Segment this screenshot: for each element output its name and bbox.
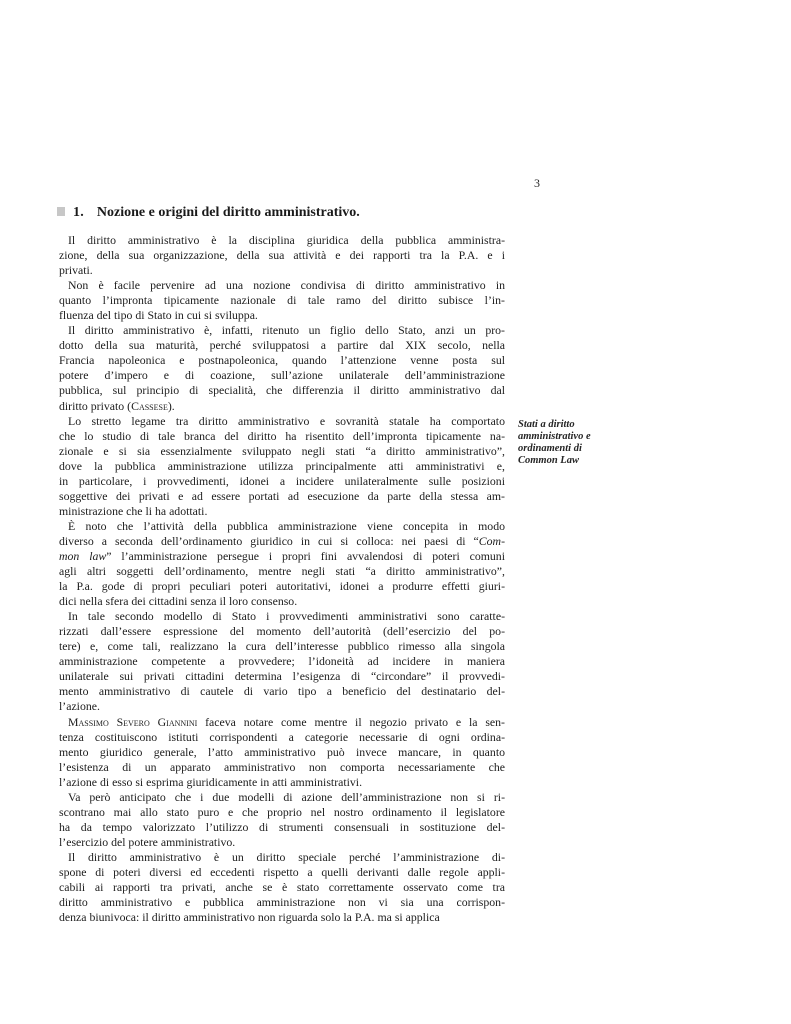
text-segment: Il diritto amministrativo è la disciplin… [68, 233, 505, 247]
text-line: Il diritto amministrativo è la disciplin… [59, 233, 505, 248]
text-line: rizzati dall’essere espressione del mome… [59, 624, 505, 639]
text-line: ha da tempo valorizzato l’utilizzo di st… [59, 820, 505, 835]
text-segment: diverso a seconda dell’ordinamento giuri… [59, 534, 479, 548]
text-segment: Il diritto amministrativo è un diritto s… [68, 850, 505, 864]
text-line: pubblica, sul principio di specialità, c… [59, 383, 505, 398]
paragraph: È noto che l’attività della pubblica amm… [59, 519, 505, 609]
text-line: agli altri soggetti dell’ordinamento, me… [59, 564, 505, 579]
text-segment: spone di poteri diversi ed eccedenti ris… [59, 865, 505, 879]
text-line: privati. [59, 263, 505, 278]
text-line: diritto privato (Cassese). [59, 399, 505, 414]
text-line: l’azione di esso si esprima giuridicamen… [59, 775, 505, 790]
margin-note-line: amministrativo e [518, 431, 591, 443]
section-number: 1. [73, 205, 84, 220]
margin-note-line: Stati a diritto [518, 419, 591, 431]
text-line: Il diritto amministrativo è, infatti, ri… [59, 323, 505, 338]
body-text: Il diritto amministrativo è la disciplin… [59, 233, 505, 925]
paragraph: Il diritto amministrativo è, infatti, ri… [59, 323, 505, 413]
text-segment: ” l’amministrazione persegue i propri fi… [106, 549, 505, 563]
text-line: diritto amministrativo e pubblica ammini… [59, 895, 505, 910]
text-line: unilaterale sui privati cittadini determ… [59, 669, 505, 684]
text-segment: quanto l’impronta tipicamente nazionale … [59, 293, 505, 307]
section-marker-icon [57, 207, 65, 216]
text-line: potere d’impero e di coazione, sull’azio… [59, 368, 505, 383]
text-segment: Com- [479, 534, 505, 548]
text-line: zione, della sua organizzazione, della s… [59, 248, 505, 263]
paragraph: Non è facile pervenire ad una nozione co… [59, 278, 505, 323]
text-line: quanto l’impronta tipicamente nazionale … [59, 293, 505, 308]
text-segment: ministrazione che li ha adottati. [59, 504, 207, 518]
text-segment: È noto che l’attività della pubblica amm… [68, 519, 505, 533]
text-segment: Va però anticipato che i due modelli di … [68, 790, 505, 804]
paragraph: Va però anticipato che i due modelli di … [59, 790, 505, 850]
text-line: diverso a seconda dell’ordinamento giuri… [59, 534, 505, 549]
text-line: l’esercizio del potere amministrativo. [59, 835, 505, 850]
text-line: Lo stretto legame tra diritto amministra… [59, 414, 505, 429]
text-line: mento giuridico generale, l’atto amminis… [59, 745, 505, 760]
text-line: dici nella sfera dei cittadini senza il … [59, 594, 505, 609]
text-segment: mento giuridico generale, l’atto amminis… [59, 745, 505, 759]
paragraph: Il diritto amministrativo è la disciplin… [59, 233, 505, 278]
text-segment: Non è facile pervenire ad una nozione co… [68, 278, 505, 292]
text-segment: diritto amministrativo e pubblica ammini… [59, 895, 505, 909]
text-segment: privati. [59, 263, 93, 277]
text-line: l’esistenza di un apparato amministrativ… [59, 760, 505, 775]
text-segment: Massimo Severo Giannini [68, 715, 197, 729]
text-segment: l’azione. [59, 699, 100, 713]
margin-note-line: Common Law [518, 455, 591, 467]
paragraph: Il diritto amministrativo è un diritto s… [59, 850, 505, 925]
text-segment: la P.a. gode di propri peculiari poteri … [59, 579, 505, 593]
page-number: 3 [534, 176, 540, 190]
text-segment: dici nella sfera dei cittadini senza il … [59, 594, 297, 608]
text-line: Va però anticipato che i due modelli di … [59, 790, 505, 805]
margin-note-line: ordinamenti di [518, 443, 591, 455]
section-heading: 1.Nozione e origini del diritto amminist… [57, 203, 360, 222]
text-line: la P.a. gode di propri peculiari poteri … [59, 579, 505, 594]
text-segment: Lo stretto legame tra diritto amministra… [68, 414, 505, 428]
section-title: Nozione e origini del diritto amministra… [97, 205, 360, 220]
text-segment: fluenza del tipo di Stato in cui si svil… [59, 308, 258, 322]
text-segment: ). [168, 399, 175, 413]
text-segment: rizzati dall’essere espressione del mome… [59, 624, 505, 638]
text-line: ministrazione che li ha adottati. [59, 504, 505, 519]
text-segment: pubblica, sul principio di specialità, c… [59, 383, 505, 397]
text-line: zionale e si sia essenzialmente sviluppa… [59, 444, 505, 459]
text-line: fluenza del tipo di Stato in cui si svil… [59, 308, 505, 323]
text-line: cabili ai rapporti tra privati, anche se… [59, 880, 505, 895]
text-segment: l’azione di esso si esprima giuridicamen… [59, 775, 362, 789]
text-line: tere) e, come tali, realizzano la cura d… [59, 639, 505, 654]
text-line: Massimo Severo Giannini faceva notare co… [59, 715, 505, 730]
text-segment: l’esistenza di un apparato amministrativ… [59, 760, 505, 774]
text-segment: dove la pubblica amministrazione utilizz… [59, 459, 505, 473]
paragraph: In tale secondo modello di Stato i provv… [59, 609, 505, 714]
text-segment: cabili ai rapporti tra privati, anche se… [59, 880, 505, 894]
text-segment: che lo studio di tale branca del diritto… [59, 429, 505, 443]
text-line: mon law” l’amministrazione persegue i pr… [59, 549, 505, 564]
text-segment: In tale secondo modello di Stato i provv… [68, 609, 505, 623]
paragraph: Lo stretto legame tra diritto amministra… [59, 414, 505, 519]
text-segment: scontrano mai allo stato puro e che prop… [59, 805, 505, 819]
text-segment: tere) e, come tali, realizzano la cura d… [59, 639, 505, 653]
text-line: in particolare, i provvedimenti, idonei … [59, 474, 505, 489]
text-segment: diritto privato ( [59, 399, 131, 413]
text-segment: Francia napoleonica e postnapoleonica, q… [59, 353, 505, 367]
text-line: soggettive dei privati e ad essere porta… [59, 489, 505, 504]
text-line: tenza costituiscono istituti corrisponde… [59, 730, 505, 745]
text-line: denza biunivoca: il diritto amministrati… [59, 910, 505, 925]
text-segment: Cassese [131, 399, 168, 413]
text-line: È noto che l’attività della pubblica amm… [59, 519, 505, 534]
text-line: Non è facile pervenire ad una nozione co… [59, 278, 505, 293]
text-line: dove la pubblica amministrazione utilizz… [59, 459, 505, 474]
text-segment: ha da tempo valorizzato l’utilizzo di st… [59, 820, 505, 834]
book-page: 3 1.Nozione e origini del diritto ammini… [0, 0, 791, 1024]
text-segment: mon law [59, 549, 106, 563]
margin-note: Stati a dirittoamministrativo eordinamen… [518, 419, 591, 467]
text-line: Il diritto amministrativo è un diritto s… [59, 850, 505, 865]
text-line: scontrano mai allo stato puro e che prop… [59, 805, 505, 820]
text-segment: unilaterale sui privati cittadini determ… [59, 669, 505, 683]
text-segment: tenza costituiscono istituti corrisponde… [59, 730, 505, 744]
text-segment: Il diritto amministrativo è, infatti, ri… [68, 323, 505, 337]
text-line: Francia napoleonica e postnapoleonica, q… [59, 353, 505, 368]
text-segment: mento amministrativo di cautele di vario… [59, 684, 505, 698]
text-line: l’azione. [59, 699, 505, 714]
text-segment: denza biunivoca: il diritto amministrati… [59, 910, 440, 924]
text-segment: amministrazione competente a provvedere;… [59, 654, 505, 668]
text-segment: faceva notare come mentre il negozio pri… [197, 715, 505, 729]
text-line: In tale secondo modello di Stato i provv… [59, 609, 505, 624]
text-line: dotto della sua maturità, perché svilupp… [59, 338, 505, 353]
text-segment: soggettive dei privati e ad essere porta… [59, 489, 505, 503]
text-segment: zionale e si sia essenzialmente sviluppa… [59, 444, 505, 458]
text-line: mento amministrativo di cautele di vario… [59, 684, 505, 699]
text-segment: potere d’impero e di coazione, sull’azio… [59, 368, 505, 382]
text-segment: zione, della sua organizzazione, della s… [59, 248, 505, 262]
text-segment: dotto della sua maturità, perché svilupp… [59, 338, 505, 352]
paragraph: Massimo Severo Giannini faceva notare co… [59, 715, 505, 790]
text-line: che lo studio di tale branca del diritto… [59, 429, 505, 444]
text-line: amministrazione competente a provvedere;… [59, 654, 505, 669]
text-segment: l’esercizio del potere amministrativo. [59, 835, 235, 849]
text-segment: in particolare, i provvedimenti, idonei … [59, 474, 505, 488]
text-segment: agli altri soggetti dell’ordinamento, me… [59, 564, 505, 578]
text-line: spone di poteri diversi ed eccedenti ris… [59, 865, 505, 880]
